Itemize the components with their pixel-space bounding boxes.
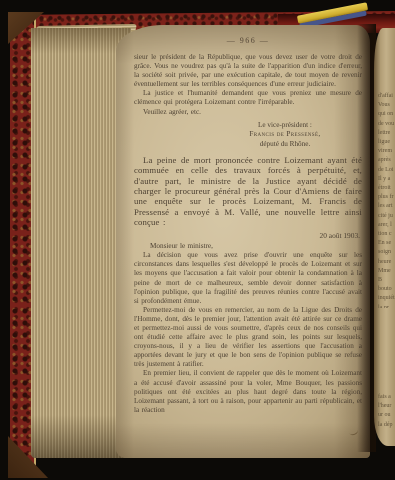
letter-salutation: Monsieur le ministre,	[134, 242, 362, 251]
paragraph: La décision que vous avez prise d'ouvrir…	[134, 251, 362, 306]
paragraph: En premier lieu, il convient de rappeler…	[134, 369, 362, 414]
signature-role: Le vice-président :	[214, 121, 356, 131]
signature-name: Francis de Pressensé,	[214, 130, 356, 140]
page-number: — 966 —	[134, 36, 362, 45]
paragraph: sieur le président de la République, que…	[134, 53, 362, 89]
page-text-block: — 966 — sieur le président de la Républi…	[134, 36, 362, 415]
paragraph: La peine de mort prononcée contre Loizem…	[134, 155, 362, 227]
paragraph: Veuillez agréer, etc.	[134, 108, 362, 117]
facing-page-text-fragments: fais a l'heur ur ou la dép	[378, 393, 395, 435]
signature-block: Le vice-président : Francis de Pressensé…	[214, 121, 356, 150]
letter-date: 20 août 1903.	[134, 231, 360, 240]
facing-page-text-fragments: d'affai Vous qui on de vou lettre ligue …	[378, 92, 395, 308]
paragraph: La justice et l'humanité demandent que v…	[134, 89, 362, 107]
paragraph: Permettez-moi de vous en remercier, au n…	[134, 306, 362, 370]
book-photo: — 966 — sieur le président de la Républi…	[0, 0, 395, 480]
signature-title: député du Rhône.	[214, 140, 356, 150]
